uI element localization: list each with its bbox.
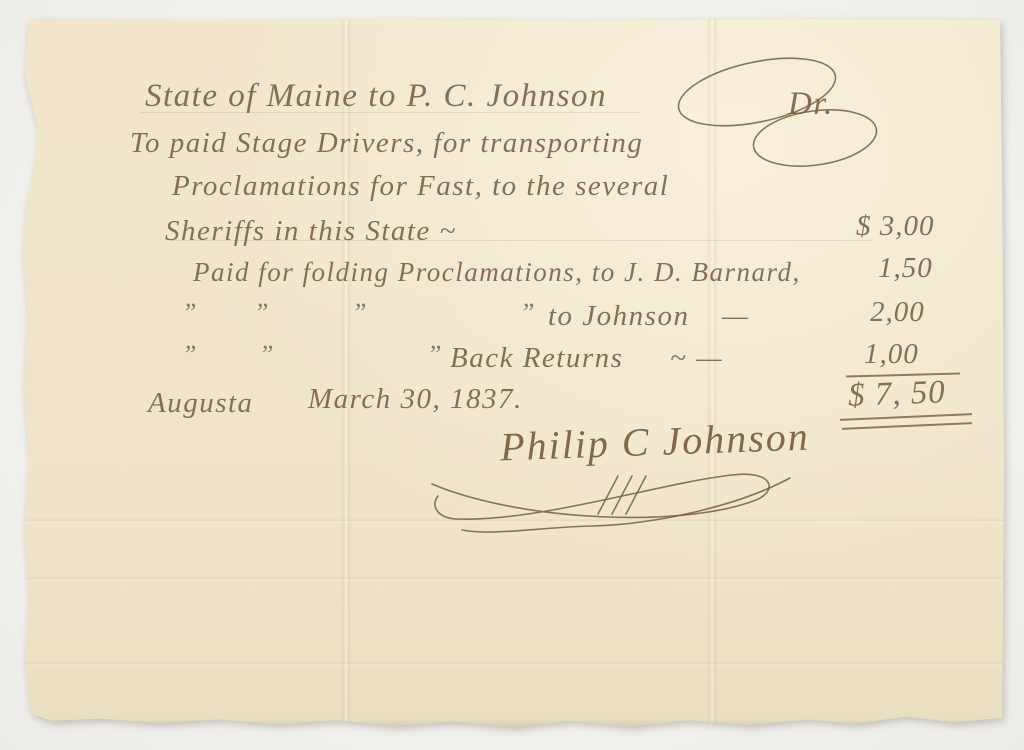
ditto-mark: ”: [427, 340, 443, 370]
horizontal-fold-3: [22, 661, 1004, 667]
dr-flourish-icon: [657, 50, 897, 170]
date-text: March 30, 1837.: [308, 383, 523, 416]
vertical-fold-left: [340, 18, 352, 728]
body-line: to Johnson: [548, 300, 689, 333]
horizontal-fold-2: [22, 576, 1004, 582]
body-line: Proclamations for Fast, to the several: [172, 170, 669, 203]
body-line: Sheriffs in this State ~: [165, 215, 457, 248]
ditto-mark: ”: [182, 298, 198, 328]
amount-stage-drivers: $ 3,00: [856, 210, 935, 243]
signature-flourish-icon: [422, 456, 802, 541]
body-line: Paid for folding Proclamations, to J. D.…: [193, 257, 801, 288]
amount-back-returns: 1,00: [864, 338, 919, 371]
total-amount: $ 7, 50: [847, 374, 946, 414]
paper-wrapper: State of Maine to P. C. Johnson Dr. To p…: [22, 18, 1004, 728]
dash-stroke: ~ —: [670, 342, 723, 375]
body-line: Back Returns: [450, 342, 623, 375]
ditto-mark: ”: [254, 298, 270, 328]
dash-stroke: —: [722, 300, 749, 333]
total-underline-2: [842, 422, 972, 429]
amount-barnard: 1,50: [878, 252, 933, 285]
amount-johnson: 2,00: [870, 296, 925, 329]
body-line: To paid Stage Drivers, for transporting: [130, 127, 643, 160]
title-line: State of Maine to P. C. Johnson: [145, 78, 607, 115]
ditto-mark: ”: [259, 340, 275, 370]
deckled-bottom-edge: [22, 718, 1004, 728]
receipt-paper: State of Maine to P. C. Johnson Dr. To p…: [22, 18, 1004, 728]
ditto-mark: ”: [520, 298, 536, 328]
debit-abbreviation: Dr.: [788, 86, 834, 123]
ditto-mark: ”: [182, 340, 198, 370]
scan-background: State of Maine to P. C. Johnson Dr. To p…: [0, 0, 1024, 750]
place-name: Augusta: [148, 387, 254, 420]
ditto-mark: ”: [352, 298, 368, 328]
